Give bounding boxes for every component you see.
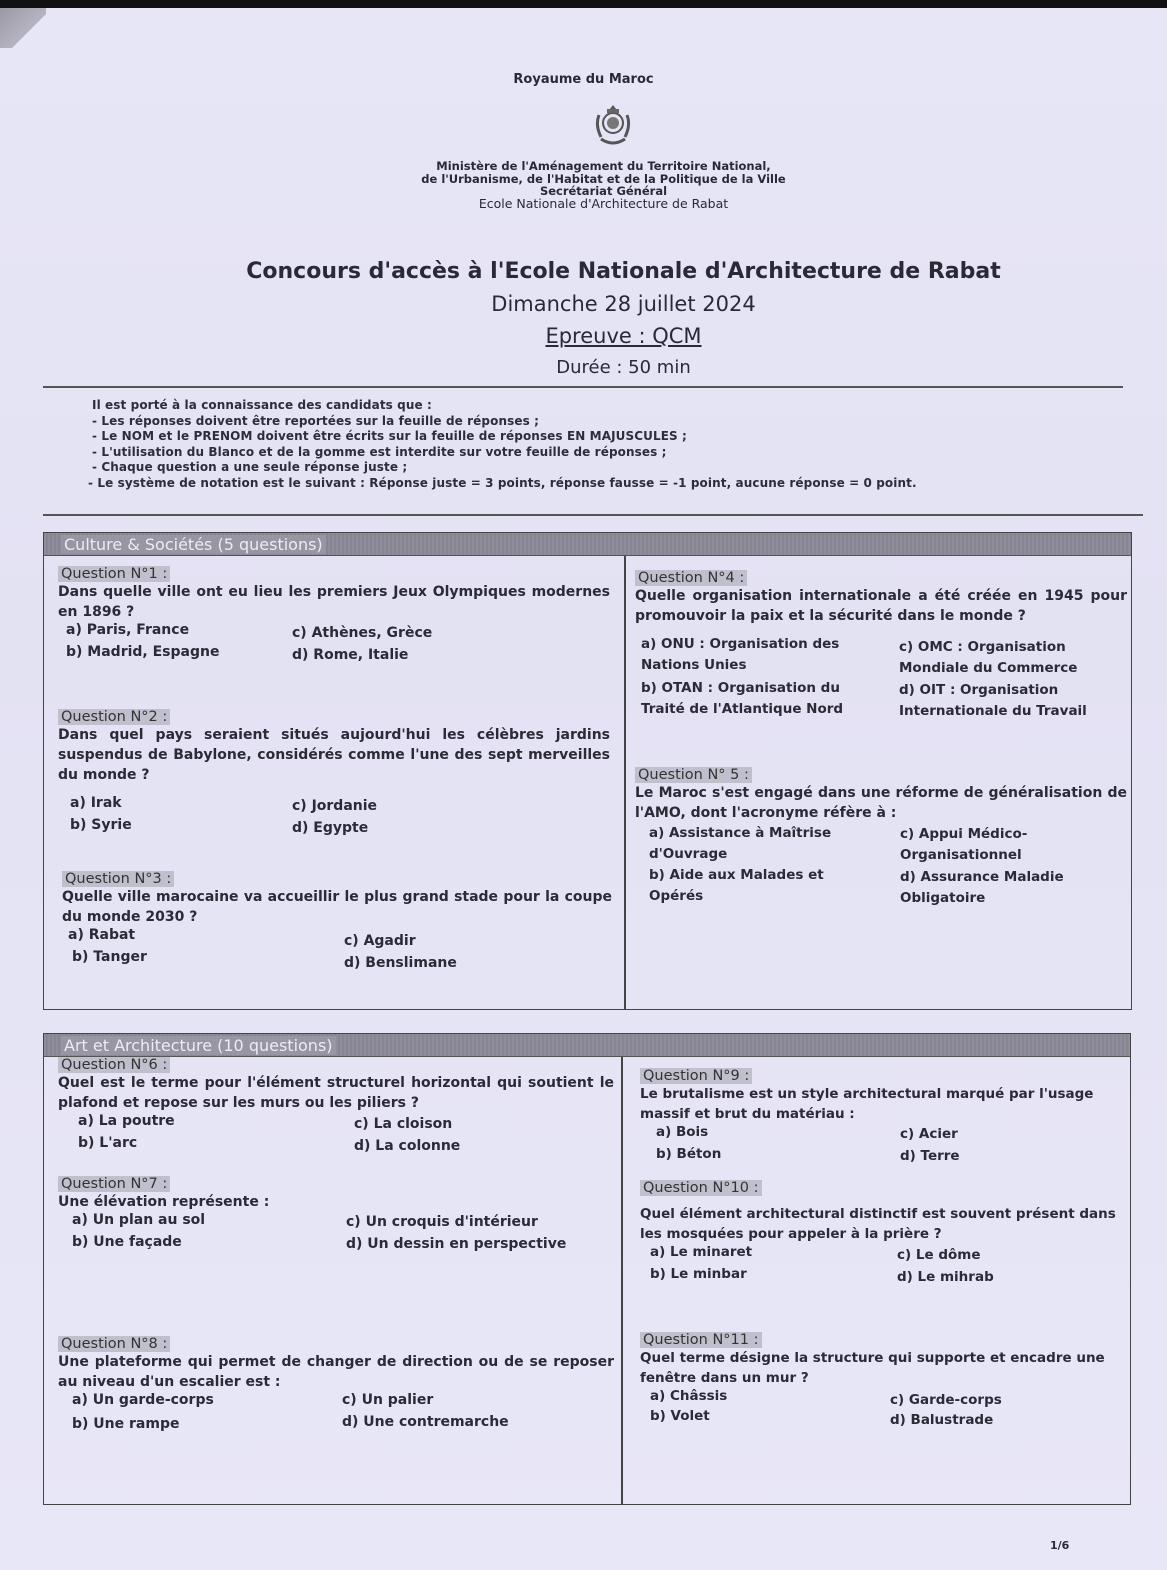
question-9: Question N°9 : Le brutalisme est un styl…	[640, 1068, 1120, 1124]
morocco-coat-of-arms-icon	[593, 103, 633, 147]
option-b: b) Une rampe	[72, 1416, 179, 1432]
option-a: a) Châssis	[650, 1388, 727, 1404]
question-label: Question N°1 :	[58, 566, 170, 582]
notice-rule: - Le système de notation est le suivant …	[88, 476, 917, 492]
option-c: c) Jordanie	[292, 798, 377, 814]
question-text: Une plateforme qui permet de changer de …	[58, 1352, 614, 1392]
exam-duration: Durée : 50 min	[40, 352, 1167, 384]
option-c: c) Acier	[900, 1126, 958, 1142]
option-d: d) Balustrade	[890, 1412, 993, 1428]
photo-top-edge	[0, 0, 1167, 8]
question-5: Question N° 5 : Le Maroc s'est engagé da…	[635, 767, 1127, 823]
notice-rule: - Les réponses doivent être reportées su…	[92, 414, 921, 430]
question-label: Question N°9 :	[640, 1068, 752, 1084]
question-text: Une élévation représente :	[58, 1192, 614, 1212]
option-b: b) Aide aux Malades et Opérés	[649, 865, 849, 907]
option-b: b) Béton	[656, 1146, 721, 1162]
question-11: Question N°11 : Quel terme désigne la st…	[640, 1332, 1125, 1388]
question-8: Question N°8 : Une plateforme qui permet…	[58, 1336, 614, 1392]
notice-rule: - L'utilisation du Blanco et de la gomme…	[92, 445, 921, 461]
question-text: Dans quelle ville ont eu lieu les premie…	[58, 582, 610, 622]
option-d: d) Rome, Italie	[292, 647, 408, 663]
question-2: Question N°2 : Dans quel pays seraient s…	[58, 709, 610, 785]
option-c: c) Athènes, Grèce	[292, 625, 432, 641]
question-label: Question N°11 :	[640, 1332, 762, 1348]
option-d: d) OIT : Organisation Internationale du …	[899, 680, 1109, 722]
option-c: c) Garde-corps	[890, 1392, 1002, 1408]
option-a: a) Rabat	[68, 927, 135, 943]
photo-corner-shadow	[0, 8, 46, 48]
exam-title: Concours d'accès à l'Ecole Nationale d'A…	[40, 256, 1167, 288]
ministry-block: Ministère de l'Aménagement du Territoire…	[0, 160, 1167, 210]
option-a: a) ONU : Organisation des Nations Unies	[641, 634, 861, 676]
question-text: Dans quel pays seraient situés aujourd'h…	[58, 725, 610, 785]
kingdom-label: Royaume du Maroc	[0, 72, 1167, 87]
question-text: Le brutalisme est un style architectural…	[640, 1084, 1120, 1124]
question-label: Question N°2 :	[58, 709, 170, 725]
notice-top-rule	[43, 386, 1123, 388]
option-b: b) Le minbar	[650, 1266, 747, 1282]
question-label: Question N°4 :	[635, 570, 747, 586]
question-4: Question N°4 : Quelle organisation inter…	[635, 570, 1127, 626]
option-b: b) Syrie	[70, 817, 132, 833]
column-divider	[624, 556, 626, 1010]
option-b: b) OTAN : Organisation du Traité de l'At…	[641, 678, 871, 720]
question-text: Quel élément architectural distinctif es…	[640, 1204, 1125, 1244]
option-a: a) Irak	[70, 795, 122, 811]
ministry-line-1: Ministère de l'Aménagement du Territoire…	[20, 160, 1167, 173]
exam-date: Dimanche 28 juillet 2024	[40, 288, 1167, 320]
option-d: d) Assurance Maladie Obligatoire	[900, 867, 1080, 909]
question-text: Quel terme désigne la structure qui supp…	[640, 1348, 1125, 1388]
exam-title-block: Concours d'accès à l'Ecole Nationale d'A…	[0, 256, 1167, 384]
question-10: Question N°10 : Quel élément architectur…	[640, 1180, 1125, 1244]
school-name: Ecole Nationale d'Architecture de Rabat	[20, 198, 1167, 211]
option-b: b) Volet	[650, 1408, 710, 1424]
question-6: Question N°6 : Quel est le terme pour l'…	[58, 1057, 614, 1113]
question-1: Question N°1 : Dans quelle ville ont eu …	[58, 566, 610, 622]
question-label: Question N°10 :	[640, 1180, 762, 1196]
option-c: c) Un palier	[342, 1392, 433, 1408]
option-a: a) Un garde-corps	[72, 1392, 214, 1408]
option-c: c) Le dôme	[897, 1247, 981, 1263]
option-d: d) Une contremarche	[342, 1414, 509, 1430]
option-c: c) Agadir	[344, 933, 416, 949]
notice-rule: - Le NOM et le PRENOM doivent être écrit…	[92, 429, 921, 445]
option-b: b) Tanger	[72, 949, 147, 965]
question-label: Question N°6 :	[58, 1057, 170, 1073]
option-b: b) L'arc	[78, 1135, 137, 1151]
question-label: Question N° 5 :	[635, 767, 752, 783]
option-a: a) Paris, France	[66, 622, 189, 638]
notice-intro: Il est porté à la connaissance des candi…	[92, 398, 921, 414]
option-b: b) Une façade	[72, 1234, 182, 1250]
section-header-bar: Culture & Sociétés (5 questions)	[44, 533, 1131, 556]
option-d: d) Le mihrab	[897, 1269, 994, 1285]
option-d: d) Un dessin en perspective	[346, 1236, 566, 1252]
option-d: d) Terre	[900, 1148, 960, 1164]
option-a: a) Assistance à Maîtrise d'Ouvrage	[649, 823, 849, 865]
section-title: Art et Architecture (10 questions)	[61, 1036, 336, 1055]
notice-rule: - Chaque question a une seule réponse ju…	[92, 460, 921, 476]
question-text: Quelle ville marocaine va accueillir le …	[62, 887, 612, 927]
question-label: Question N°3 :	[62, 871, 174, 887]
option-c: c) OMC : Organisation Mondiale du Commer…	[899, 637, 1099, 679]
question-text: Le Maroc s'est engagé dans une réforme d…	[635, 783, 1127, 823]
option-a: a) Un plan au sol	[72, 1212, 205, 1228]
option-c: c) La cloison	[354, 1116, 452, 1132]
question-text: Quelle organisation internationale a été…	[635, 586, 1127, 626]
notice-block: Il est porté à la connaissance des candi…	[92, 398, 921, 491]
section-title: Culture & Sociétés (5 questions)	[61, 535, 326, 554]
question-label: Question N°7 :	[58, 1176, 170, 1192]
question-3: Question N°3 : Quelle ville marocaine va…	[62, 871, 612, 927]
option-a: a) La poutre	[78, 1113, 175, 1129]
question-7: Question N°7 : Une élévation représente …	[58, 1176, 614, 1212]
page-number: 1/6	[1050, 1539, 1069, 1552]
column-divider	[621, 1057, 623, 1505]
notice-bottom-rule	[43, 514, 1143, 516]
exam-epreuve: Epreuve : QCM	[40, 320, 1167, 352]
option-b: b) Madrid, Espagne	[66, 644, 219, 660]
option-c: c) Un croquis d'intérieur	[346, 1214, 538, 1230]
option-a: a) Bois	[656, 1124, 708, 1140]
option-d: d) Egypte	[292, 820, 368, 836]
section-header-bar: Art et Architecture (10 questions)	[44, 1034, 1130, 1057]
option-d: d) Benslimane	[344, 955, 457, 971]
option-d: d) La colonne	[354, 1138, 460, 1154]
option-a: a) Le minaret	[650, 1244, 752, 1260]
option-c: c) Appui Médico-Organisationnel	[900, 824, 1050, 866]
question-text: Quel est le terme pour l'élément structu…	[58, 1073, 614, 1113]
question-label: Question N°8 :	[58, 1336, 170, 1352]
